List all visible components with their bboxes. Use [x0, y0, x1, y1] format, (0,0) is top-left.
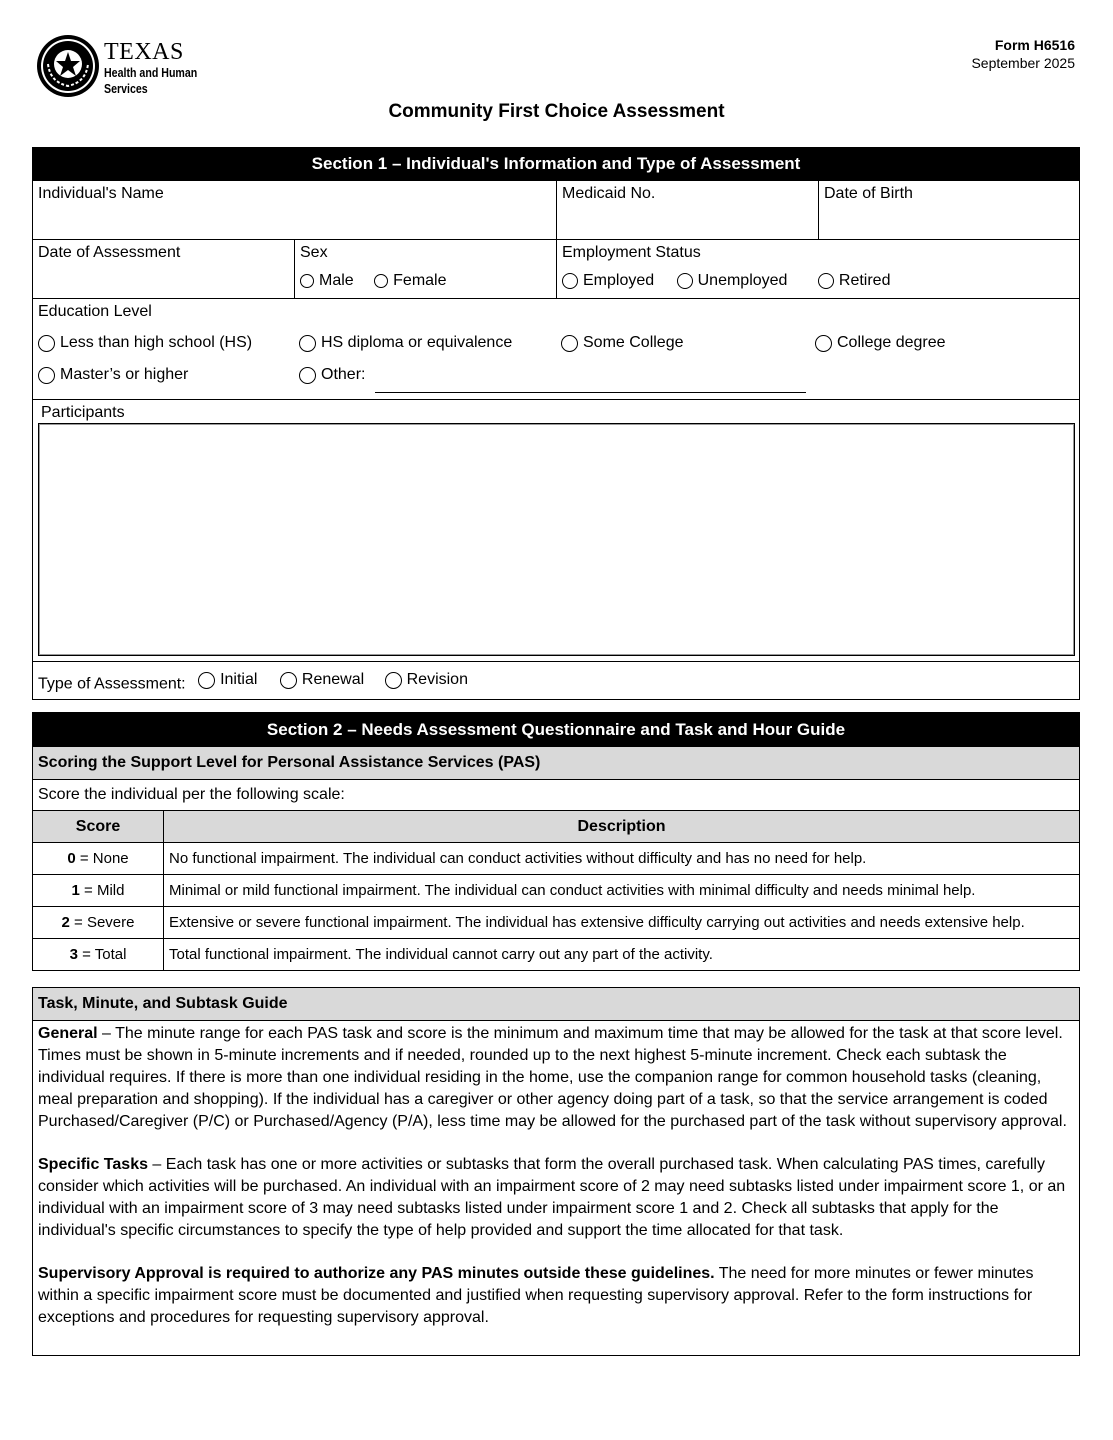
radio-circle-icon	[385, 672, 402, 689]
form-number: Form H6516	[995, 37, 1075, 53]
radio-other[interactable]: Other:	[299, 366, 365, 384]
score-cell: 0 = None	[33, 843, 164, 875]
radio-circle-icon	[815, 335, 832, 352]
radio-circle-icon	[280, 672, 297, 689]
radio-male[interactable]: Male	[300, 272, 354, 290]
radio-circle-icon	[299, 367, 316, 384]
section-1: Section 1 – Individual's Information and…	[32, 147, 1080, 700]
general-paragraph: General – The minute range for each PAS …	[33, 1023, 1079, 1133]
sex-group: Sex Male Female	[294, 240, 556, 298]
medicaid-label: Medicaid No.	[562, 185, 655, 202]
radio-circle-icon	[300, 274, 314, 288]
employment-label: Employment Status	[562, 244, 1075, 262]
logo-line2: Health and Human	[104, 66, 197, 80]
radio-circle-icon	[38, 367, 55, 384]
row-name: Individual's Name Medicaid No. Date of B…	[33, 180, 1079, 239]
row-assessment: Date of Assessment Sex Male Female Emplo…	[33, 239, 1079, 298]
radio-retired[interactable]: Retired	[818, 272, 891, 290]
other-education-input[interactable]	[375, 392, 806, 393]
radio-initial[interactable]: Initial	[198, 671, 257, 689]
radio-circle-icon	[562, 273, 578, 289]
radio-revision[interactable]: Revision	[385, 671, 468, 689]
hhs-logo: TEXAS Health and Human Services	[36, 34, 216, 104]
scoring-intro: Score the individual per the following s…	[33, 779, 1079, 812]
section-1-header: Section 1 – Individual's Information and…	[33, 148, 1079, 180]
table-row: 3 = TotalTotal functional impairment. Th…	[33, 939, 1080, 971]
section-2: Section 2 – Needs Assessment Questionnai…	[32, 712, 1080, 811]
row-education: Education Level Less than high school (H…	[33, 298, 1079, 399]
description-cell: Extensive or severe functional impairmen…	[164, 907, 1080, 939]
score-cell: 1 = Mild	[33, 875, 164, 907]
radio-circle-icon	[38, 335, 55, 352]
radio-circle-icon	[374, 274, 388, 288]
scoring-heading: Scoring the Support Level for Personal A…	[33, 746, 1079, 779]
radio-circle-icon	[198, 672, 215, 689]
specific-tasks-paragraph: Specific Tasks – Each task has one or mo…	[33, 1154, 1079, 1242]
logo-line3: Services	[104, 82, 197, 96]
education-label: Education Level	[38, 303, 1074, 321]
radio-circle-icon	[561, 335, 578, 352]
row-participants: Participants	[33, 399, 1079, 661]
table-row: 2 = SevereExtensive or severe functional…	[33, 907, 1080, 939]
medicaid-field[interactable]: Medicaid No.	[556, 181, 818, 239]
description-header: Description	[164, 811, 1080, 843]
score-header: Score	[33, 811, 164, 843]
participants-label: Participants	[41, 404, 125, 422]
dob-label: Date of Birth	[824, 185, 913, 202]
radio-less-than-hs[interactable]: Less than high school (HS)	[38, 334, 252, 352]
radio-circle-icon	[677, 273, 693, 289]
radio-employed[interactable]: Employed	[562, 272, 654, 290]
score-cell: 2 = Severe	[33, 907, 164, 939]
description-cell: Minimal or mild functional impairment. T…	[164, 875, 1080, 907]
radio-renewal[interactable]: Renewal	[280, 671, 364, 689]
radio-masters[interactable]: Master’s or higher	[38, 366, 188, 384]
radio-circle-icon	[818, 273, 834, 289]
section-2-header: Section 2 – Needs Assessment Questionnai…	[33, 713, 1079, 746]
individual-name-field[interactable]: Individual's Name	[33, 181, 556, 239]
form-id: Form H6516 September 2025	[971, 36, 1075, 72]
table-row: 0 = NoneNo functional impairment. The in…	[33, 843, 1080, 875]
date-assessment-label: Date of Assessment	[38, 244, 180, 261]
guide-heading: Task, Minute, and Subtask Guide	[33, 988, 1079, 1021]
radio-some-college[interactable]: Some College	[561, 334, 684, 352]
page-title: Community First Choice Assessment	[0, 101, 1113, 123]
texas-seal-icon	[36, 34, 100, 98]
row-type-assessment: Type of Assessment: Initial Renewal Revi…	[33, 661, 1079, 700]
radio-circle-icon	[299, 335, 316, 352]
date-assessment-field[interactable]: Date of Assessment	[33, 240, 294, 298]
supervisory-paragraph: Supervisory Approval is required to auth…	[33, 1263, 1079, 1329]
dob-field[interactable]: Date of Birth	[818, 181, 1080, 239]
table-row: 1 = MildMinimal or mild functional impai…	[33, 875, 1080, 907]
description-cell: No functional impairment. The individual…	[164, 843, 1080, 875]
employment-group: Employment Status Employed Unemployed Re…	[556, 240, 1080, 298]
score-cell: 3 = Total	[33, 939, 164, 971]
radio-unemployed[interactable]: Unemployed	[677, 272, 788, 290]
education-group: Education Level Less than high school (H…	[33, 299, 1079, 399]
sex-label: Sex	[300, 244, 551, 262]
individual-name-label: Individual's Name	[38, 185, 164, 202]
radio-female[interactable]: Female	[374, 272, 446, 290]
description-cell: Total functional impairment. The individ…	[164, 939, 1080, 971]
radio-hs-diploma[interactable]: HS diploma or equivalence	[299, 334, 512, 352]
form-date: September 2025	[971, 54, 1075, 72]
type-assessment-label: Type of Assessment:	[38, 676, 186, 693]
radio-college-degree[interactable]: College degree	[815, 334, 946, 352]
guide-box: Task, Minute, and Subtask Guide General …	[32, 987, 1080, 1356]
type-assessment-group: Type of Assessment: Initial Renewal Revi…	[33, 662, 1079, 700]
participants-textarea[interactable]	[38, 423, 1075, 656]
score-table: Score Description 0 = NoneNo functional …	[32, 810, 1080, 971]
logo-texas: TEXAS	[104, 40, 214, 64]
